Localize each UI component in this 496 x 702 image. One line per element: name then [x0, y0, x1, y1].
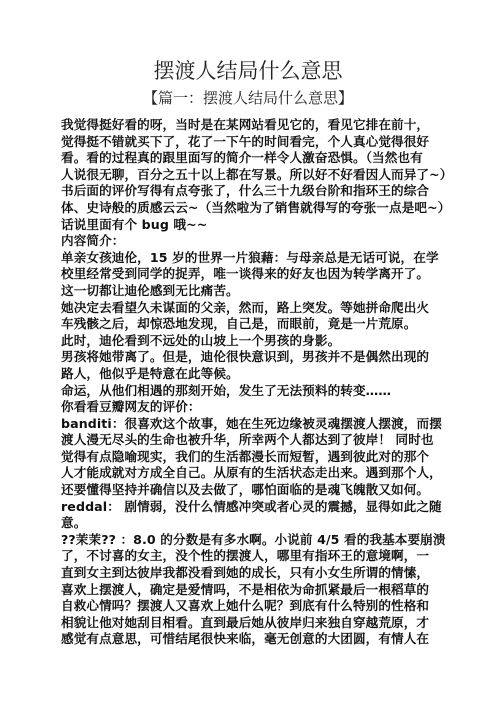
text-line: 命运，从他们相遇的那刻开始，发生了无法预料的转变…… [61, 383, 481, 400]
text-line: reddal： 剧情弱，没什么情感冲突或者心灵的震撼，显得如此之随 [61, 499, 481, 516]
text-line: 了，不讨喜的女主，没个性的摆渡人，哪里有指环王的意境啊，一 [61, 548, 481, 565]
document-title: 摆渡人结局什么意思 [0, 58, 496, 84]
text-line: 感觉有点意思，可惜结尾很快来临，毫无创意的大团圆，有情人在 [61, 631, 481, 648]
text-line: 直到女主到达彼岸我都没看到她的成长，只有小女生所谓的情愫， [61, 565, 481, 582]
text-line: 人才能成就对方成全自己。从原有的生活状态走出来。遇到那个人， [61, 465, 481, 482]
text-line: 觉得有点隐喻现实，我们的生活都漫长而短暂，遇到彼此对的那个 [61, 449, 481, 466]
text-line: 话说里面有个 bug 哦~~ [61, 217, 481, 234]
text-line: 体、史诗般的质感云云~（当然啦为了销售就得写的夸张一点是吧~） [61, 200, 481, 217]
text-line: ??茉茉?? ：8.0 的分数是有多水啊。小说前 4/5 看的我基本要崩溃 [61, 532, 481, 549]
text-line: 看。看的过程真的跟里面写的简介一样令人激奋恐惧。（当然也有 [61, 150, 481, 167]
text-line: 相貌让他对她刮目相看。直到最后她从彼岸归来独自穿越荒原，才 [61, 615, 481, 632]
text-line: 书后面的评价写得有点夸张了，什么三十九级台阶和指环王的综合 [61, 183, 481, 200]
text-line: 她决定去看望久未谋面的父亲，然而，路上突发。等她拼命爬出火 [61, 300, 481, 317]
text-line: 人说很无聊，百分之五十以上都在写景。所以好不好看因人而异了~） [61, 167, 481, 184]
text-line: 觉得挺不错就买下了，花了一下午的时间看完，个人真心觉得很好 [61, 134, 481, 151]
text-line: 校里经常受到同学的捉弄，唯一谈得来的好友也因为转学离开了。 [61, 266, 481, 283]
text-line: 车残骸之后，却惊恐地发现，自己是，而眼前，竟是一片荒原。 [61, 316, 481, 333]
text-line: 单亲女孩迪伦，15 岁的世界一片狼藉：与母亲总是无话可说，在学 [61, 250, 481, 267]
text-line: 自救心情吗？摆渡人又喜欢上她什么呢？到底有什么特别的性格和 [61, 598, 481, 615]
text-line: 内容简介： [61, 233, 481, 250]
text-line: 你看看豆瓣网友的评价： [61, 399, 481, 416]
text-line: 这一切都让迪伦感到无比痛苦。 [61, 283, 481, 300]
document-page: 摆渡人结局什么意思 【篇一：摆渡人结局什么意思】 我觉得挺好看的呀，当时是在某网… [0, 0, 496, 702]
text-line: 还要懂得坚持并确信以及去做了，哪怕面临的是魂飞魄散又如何。 [61, 482, 481, 499]
text-line: 此时，迪伦看到不远处的山坡上一个男孩的身影。 [61, 333, 481, 350]
body-text: 我觉得挺好看的呀，当时是在某网站看见它的，看见它排在前十， 觉得挺不错就买下了，… [61, 117, 481, 648]
text-line: 我觉得挺好看的呀，当时是在某网站看见它的，看见它排在前十， [61, 117, 481, 134]
text-line: 路人，他似乎是特意在此等候。 [61, 366, 481, 383]
text-line: 渡人漫无尽头的生命也被升华，所幸两个人都达到了彼岸！ 同时也 [61, 432, 481, 449]
text-line: banditi：很喜欢这个故事，她在生死边缘被灵魂摆渡人摆渡，而摆 [61, 416, 481, 433]
text-line: 喜欢上摆渡人，确定是爱情吗，不是相依为命抓紧最后一根稻草的 [61, 582, 481, 599]
text-line: 男孩将她带离了。但是，迪伦很快意识到，男孩并不是偶然出现的 [61, 349, 481, 366]
text-line: 意。 [61, 515, 481, 532]
section-heading: 【篇一：摆渡人结局什么意思】 [0, 88, 496, 108]
